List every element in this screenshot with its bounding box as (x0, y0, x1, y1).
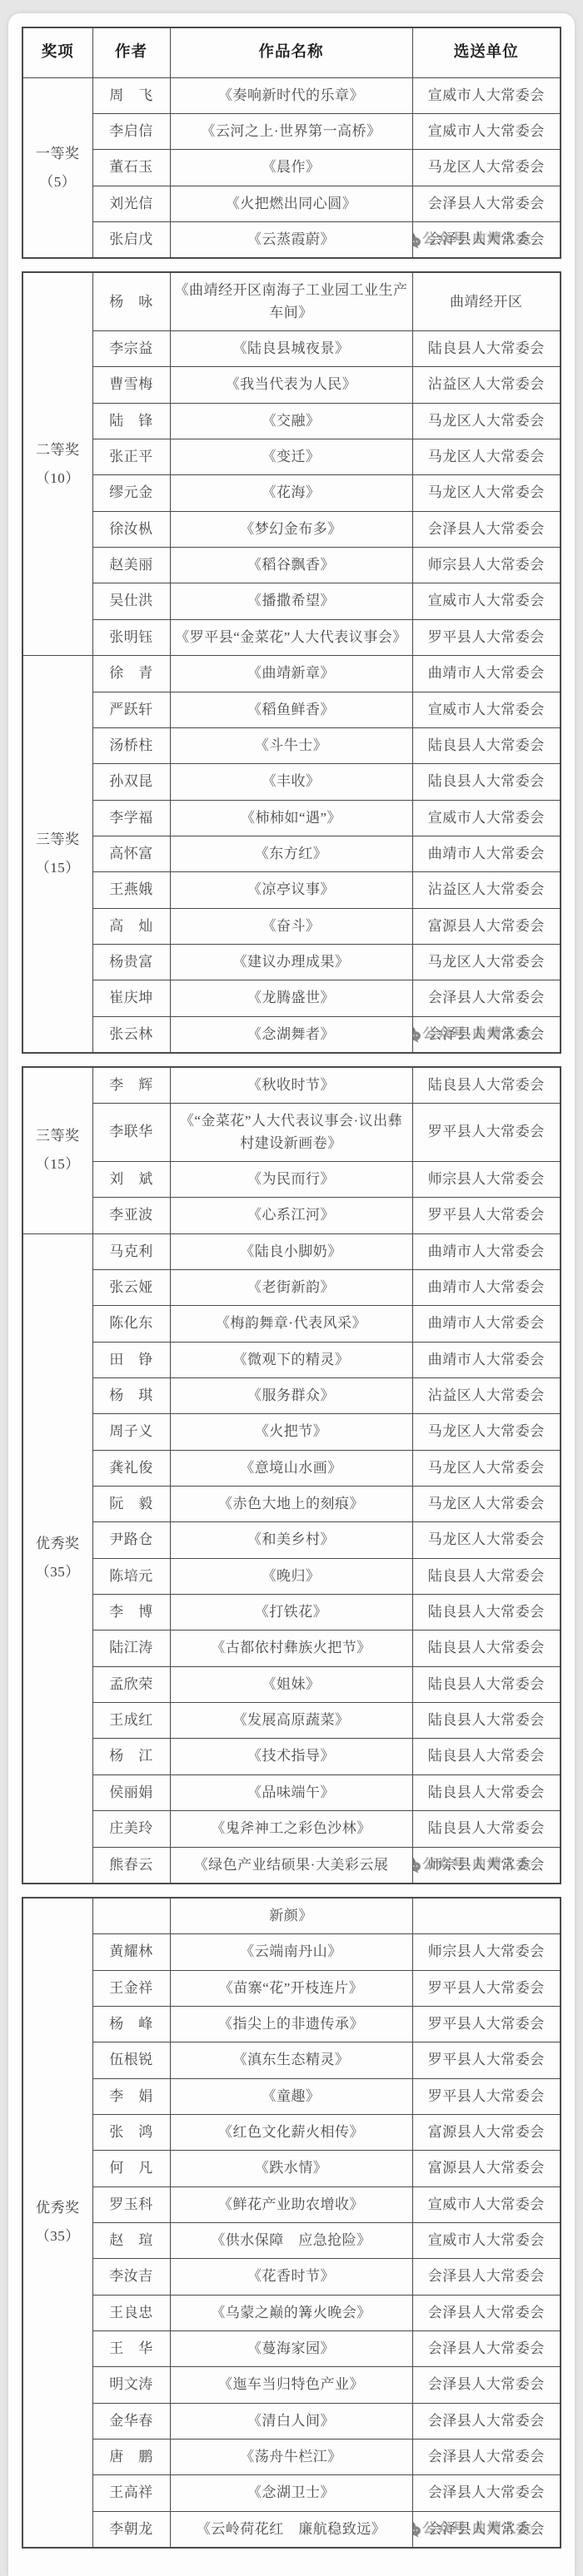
award-cell: 一等奖（5） (22, 77, 92, 258)
unit-cell: 宣威市人大常委会 (412, 77, 561, 113)
work-title-cell: 《花海》 (170, 475, 412, 511)
author-cell: 周子义 (92, 1414, 170, 1450)
wechat-icon (412, 1025, 421, 1045)
unit-cell: 马龙区人大常委会 (412, 475, 561, 511)
author-cell: 李 娟 (92, 2078, 170, 2114)
author-cell: 赵 瑄 (92, 2222, 170, 2258)
wechat-icon (412, 2519, 421, 2539)
author-cell: 陆江涛 (92, 1630, 170, 1666)
author-cell: 孙双昆 (92, 764, 170, 800)
unit-cell: 宣威市人大常委会 (412, 800, 561, 836)
unit-cell: 罗平县人大常委会 (412, 2042, 561, 2078)
work-title-cell: 《云岭荷花红 廉航稳致远》 (170, 2511, 412, 2548)
work-title-cell: 《东方红》 (170, 836, 412, 871)
work-title-cell: 《鲜花产业助农增收》 (170, 2186, 412, 2222)
table-row: 优秀奖（35）新颜》 (22, 1898, 561, 1934)
table-row: 陆 锋《交融》马龙区人大常委会 (22, 403, 561, 439)
table-row: 王高祥《念湖卫士》会泽县人大常委会 (22, 2475, 561, 2511)
table-row: 王金祥《苗寨“花”开枝连片》罗平县人大常委会 (22, 1970, 561, 2006)
table-row: 董石玉《晨作》马龙区人大常委会 (22, 150, 561, 186)
work-title-cell: 《指尖上的非遗传承》 (170, 2006, 412, 2042)
table-row: 三等奖（15）李 辉《秋收时节》陆良县人大常委会 (22, 1067, 561, 1104)
award-count: （10） (26, 464, 90, 493)
wechat-watermark: 公众号 曲靖人大 (412, 1854, 533, 1875)
unit-cell: 会泽县人大常委会 (412, 2259, 561, 2295)
work-title-cell: 《云蒸霞蔚》 (170, 222, 412, 259)
award-name: 三等奖 (26, 1122, 90, 1150)
work-title-cell: 《滇东生态精灵》 (170, 2042, 412, 2078)
wechat-watermark: 公众号 曲靖人大 (412, 230, 533, 251)
award-count: （5） (26, 168, 90, 196)
author-cell: 严跃轩 (92, 692, 170, 727)
work-title-cell: 《乌蒙之巅的篝火晚会》 (170, 2295, 412, 2330)
unit-cell: 富源县人大常委会 (412, 2114, 561, 2150)
work-title-cell: 《念湖卫士》 (170, 2475, 412, 2511)
table-row: 高怀富《东方红》曲靖市人大常委会 (22, 836, 561, 871)
table-row: 庄美玲《鬼斧神工之彩色沙林》陆良县人大常委会 (22, 1811, 561, 1847)
author-cell: 李 博 (92, 1595, 170, 1630)
work-title-cell: 《梅韵舞章·代表风采》 (170, 1306, 412, 1342)
unit-cell: 师宗县人大常委会 (412, 548, 561, 583)
work-title-cell: 《清白人间》 (170, 2403, 412, 2439)
unit-cell: 会泽县人大常委会 (412, 511, 561, 547)
work-title-cell: 《凉亭议事》 (170, 872, 412, 908)
author-cell: 徐汝枞 (92, 511, 170, 547)
author-cell: 明文涛 (92, 2367, 170, 2403)
unit-cell: 陆良县人大常委会 (412, 331, 561, 367)
work-title-cell: 《陆良小脚奶》 (170, 1233, 412, 1269)
author-cell: 李汝吉 (92, 2259, 170, 2295)
unit-cell: 陆良县人大常委会 (412, 1558, 561, 1594)
author-cell: 刘光信 (92, 186, 170, 221)
table-row: 二等奖（10）杨 咏《曲靖经开区南海子工业园工业生产车间》曲靖经开区 (22, 272, 561, 330)
watermark-text: 公众号 曲靖人大 (423, 2519, 533, 2539)
work-title-cell: 《丰收》 (170, 764, 412, 800)
author-cell: 李宗益 (92, 331, 170, 367)
table-row: 徐汝枞《梦幻金布多》会泽县人大常委会 (22, 511, 561, 547)
award-count: （15） (26, 854, 90, 882)
watermark-text: 公众号 曲靖人大 (423, 1024, 533, 1045)
unit-cell: 曲靖市人大常委会 (412, 1270, 561, 1306)
author-cell: 杨贵富 (92, 944, 170, 980)
table-row: 李朝龙《云岭荷花红 廉航稳致远》会泽县人大常委会公众号 曲靖人大 (22, 2511, 561, 2548)
table-row: 杨贵富《建议办理成果》马龙区人大常委会 (22, 944, 561, 980)
work-title-cell: 《苗寨“花”开枝连片》 (170, 1970, 412, 2006)
award-count: （35） (26, 1558, 90, 1586)
award-cell: 三等奖（15） (22, 1067, 92, 1233)
author-cell: 汤桥柱 (92, 727, 170, 763)
unit-cell: 师宗县人大常委会 (412, 1934, 561, 1970)
author-cell: 唐 鹏 (92, 2440, 170, 2475)
table-row: 李亚波《心系江河》罗平县人大常委会 (22, 1198, 561, 1233)
unit-cell: 马龙区人大常委会 (412, 1450, 561, 1486)
table-row: 崔庆坤《龙腾盛世》会泽县人大常委会 (22, 980, 561, 1016)
author-cell: 王燕娥 (92, 872, 170, 908)
work-title-cell: 《晚归》 (170, 1558, 412, 1594)
unit-cell: 师宗县人大常委会公众号 曲靖人大 (412, 1847, 561, 1884)
unit-cell: 富源县人大常委会 (412, 908, 561, 944)
work-title-cell: 《云端南丹山》 (170, 1934, 412, 1970)
author-cell: 杨 咏 (92, 272, 170, 330)
work-title-cell: 《心系江河》 (170, 1198, 412, 1233)
unit-cell: 罗平县人大常委会 (412, 1970, 561, 2006)
table-row: 赵美丽《稻谷飘香》师宗县人大常委会 (22, 548, 561, 583)
work-title-cell: 《稻谷飘香》 (170, 548, 412, 583)
table-row: 李启信《云河之上·世界第一高桥》宣威市人大常委会 (22, 114, 561, 150)
work-title-cell: 《意境山水画》 (170, 1450, 412, 1486)
author-cell: 缪元金 (92, 475, 170, 511)
table-row: 伍根锐《滇东生态精灵》罗平县人大常委会 (22, 2042, 561, 2078)
table-row: 金华春《清白人间》会泽县人大常委会 (22, 2403, 561, 2439)
awards-table-container: 奖项作者作品名称选送单位一等奖（5）周 飞《奏响新时代的乐章》宣威市人大常委会李… (17, 27, 566, 2549)
author-cell: 尹路仓 (92, 1522, 170, 1558)
author-cell: 张云林 (92, 1016, 170, 1053)
unit-cell: 罗平县人大常委会 (412, 2078, 561, 2114)
work-title-cell: 《微观下的精灵》 (170, 1342, 412, 1377)
author-cell: 孟欣荣 (92, 1666, 170, 1702)
work-title-cell: 《荡舟牛栏江》 (170, 2440, 412, 2475)
table-row: 罗玉科《鲜花产业助农增收》宣威市人大常委会 (22, 2186, 561, 2222)
work-title-cell: 《服务群众》 (170, 1378, 412, 1414)
award-name: 优秀奖 (26, 2194, 90, 2222)
table-row: 田 铮《微观下的精灵》曲靖市人大常委会 (22, 1342, 561, 1377)
unit-cell: 陆良县人大常委会 (412, 1630, 561, 1666)
author-cell: 金华春 (92, 2403, 170, 2439)
award-name: 三等奖 (26, 826, 90, 854)
author-cell: 杨 琪 (92, 1378, 170, 1414)
unit-cell: 陆良县人大常委会 (412, 1595, 561, 1630)
wechat-icon (412, 1855, 421, 1875)
author-cell: 王金祥 (92, 1970, 170, 2006)
table-row: 张启戊《云蒸霞蔚》会泽县人大常委会公众号 曲靖人大 (22, 222, 561, 259)
author-cell: 陈培元 (92, 1558, 170, 1594)
unit-cell: 曲靖市人大常委会 (412, 836, 561, 871)
table-row: 李 娟《童趣》罗平县人大常委会 (22, 2078, 561, 2114)
work-title-cell: 《奏响新时代的乐章》 (170, 77, 412, 113)
work-title-cell: 《播撒希望》 (170, 583, 412, 619)
author-cell: 黄耀林 (92, 1934, 170, 1970)
table-row: 杨 峰《指尖上的非遗传承》罗平县人大常委会 (22, 2006, 561, 2042)
article-card: 奖项作者作品名称选送单位一等奖（5）周 飞《奏响新时代的乐章》宣威市人大常委会李… (8, 13, 575, 2576)
table-row: 李联华《“金菜花”人大代表议事会·议出彝村建设新画卷》罗平县人大常委会 (22, 1104, 561, 1162)
table-row: 王 华《蔓海家园》会泽县人大常委会 (22, 2330, 561, 2366)
table-row: 明文涛《迤车当归特色产业》会泽县人大常委会 (22, 2367, 561, 2403)
work-title-cell: 《迤车当归特色产业》 (170, 2367, 412, 2403)
award-cell: 二等奖（10） (22, 272, 92, 655)
unit-cell: 马龙区人大常委会 (412, 944, 561, 980)
wechat-watermark: 公众号 曲靖人大 (412, 2519, 533, 2539)
work-title-cell: 《火把燃出同心圆》 (170, 186, 412, 221)
work-title-cell: 《花香时节》 (170, 2259, 412, 2295)
unit-cell: 会泽县人大常委会 (412, 186, 561, 221)
work-title-cell: 《念湖舞者》 (170, 1016, 412, 1053)
work-title-cell: 《秋收时节》 (170, 1067, 412, 1104)
work-title-cell: 《龙腾盛世》 (170, 980, 412, 1016)
table-row: 缪元金《花海》马龙区人大常委会 (22, 475, 561, 511)
unit-cell: 宣威市人大常委会 (412, 114, 561, 150)
author-cell: 吴仕洪 (92, 583, 170, 619)
work-title-cell: 《曲靖经开区南海子工业园工业生产车间》 (170, 272, 412, 330)
unit-cell: 宣威市人大常委会 (412, 692, 561, 727)
unit-cell: 沾益区人大常委会 (412, 872, 561, 908)
work-title-cell: 《蔓海家园》 (170, 2330, 412, 2366)
author-cell: 陆 锋 (92, 403, 170, 439)
award-name: 一等奖 (26, 140, 90, 168)
work-title-cell: 《和美乡村》 (170, 1522, 412, 1558)
table-row: 孟欣荣《姐妹》陆良县人大常委会 (22, 1666, 561, 1702)
awards-table-block-1: 奖项作者作品名称选送单位一等奖（5）周 飞《奏响新时代的乐章》宣威市人大常委会李… (22, 27, 561, 259)
work-title-cell: 《技术指导》 (170, 1739, 412, 1774)
author-cell: 张启戊 (92, 222, 170, 259)
unit-cell: 会泽县人大常委会 (412, 980, 561, 1016)
work-title-cell: 《柿柿如“遇”》 (170, 800, 412, 836)
table-row: 李宗益《陆良县城夜景》陆良县人大常委会 (22, 331, 561, 367)
author-cell: 刘 斌 (92, 1161, 170, 1197)
work-title-cell: 《奋斗》 (170, 908, 412, 944)
author-cell: 周 飞 (92, 77, 170, 113)
unit-cell: 会泽县人大常委会 (412, 2367, 561, 2403)
author-cell: 张正平 (92, 439, 170, 475)
award-count: （15） (26, 1150, 90, 1179)
table-row: 李 博《打铁花》陆良县人大常委会 (22, 1595, 561, 1630)
work-title-cell: 新颜》 (170, 1898, 412, 1934)
unit-cell: 马龙区人大常委会 (412, 150, 561, 186)
work-title-cell: 《绿色产业结硕果·大美彩云展 (170, 1847, 412, 1884)
unit-cell: 马龙区人大常委会 (412, 439, 561, 475)
table-row: 杨 琪《服务群众》沾益区人大常委会 (22, 1378, 561, 1414)
table-row: 赵 瑄《供水保障 应急抢险》宣威市人大常委会 (22, 2222, 561, 2258)
author-cell: 高 灿 (92, 908, 170, 944)
table-row: 唐 鹏《荡舟牛栏江》会泽县人大常委会 (22, 2440, 561, 2475)
author-cell (92, 1898, 170, 1934)
author-cell: 侯丽娟 (92, 1774, 170, 1810)
table-row: 何 凡《跌水情》富源县人大常委会 (22, 2151, 561, 2186)
unit-cell: 罗平县人大常委会 (412, 619, 561, 655)
author-cell: 杨 峰 (92, 2006, 170, 2042)
unit-cell: 会泽县人大常委会 (412, 2475, 561, 2511)
author-cell: 张云娅 (92, 1270, 170, 1306)
unit-cell: 曲靖市人大常委会 (412, 656, 561, 692)
work-title-cell: 《为民而行》 (170, 1161, 412, 1197)
author-cell: 王成红 (92, 1703, 170, 1739)
unit-cell: 会泽县人大常委会 (412, 2440, 561, 2475)
unit-cell: 陆良县人大常委会 (412, 1811, 561, 1847)
table-row: 王成红《发展高原蔬菜》陆良县人大常委会 (22, 1703, 561, 1739)
unit-cell: 陆良县人大常委会 (412, 1774, 561, 1810)
award-count: （35） (26, 2222, 90, 2251)
work-title-cell: 《罗平县“金菜花”人大代表议事会》 (170, 619, 412, 655)
author-cell: 徐 青 (92, 656, 170, 692)
wechat-watermark: 公众号 曲靖人大 (412, 1024, 533, 1045)
unit-cell: 罗平县人大常委会 (412, 1104, 561, 1162)
watermark-text: 公众号 曲靖人大 (423, 1854, 533, 1875)
work-title-cell: 《晨作》 (170, 150, 412, 186)
unit-cell: 沾益区人大常委会 (412, 367, 561, 403)
table-row: 杨 江《技术指导》陆良县人大常委会 (22, 1739, 561, 1774)
author-cell: 李亚波 (92, 1198, 170, 1233)
header-cell-3: 选送单位 (412, 27, 561, 77)
work-title-cell: 《云河之上·世界第一高桥》 (170, 114, 412, 150)
author-cell: 赵美丽 (92, 548, 170, 583)
author-cell: 王良忠 (92, 2295, 170, 2330)
author-cell: 张明钰 (92, 619, 170, 655)
table-row: 尹路仓《和美乡村》马龙区人大常委会 (22, 1522, 561, 1558)
awards-table-block-2: 二等奖（10）杨 咏《曲靖经开区南海子工业园工业生产车间》曲靖经开区李宗益《陆良… (22, 271, 561, 1054)
table-row: 周子义《火把节》马龙区人大常委会 (22, 1414, 561, 1450)
unit-cell: 会泽县人大常委会公众号 曲靖人大 (412, 2511, 561, 2548)
author-cell: 杨 江 (92, 1739, 170, 1774)
table-row: 陈化东《梅韵舞章·代表风采》曲靖市人大常委会 (22, 1306, 561, 1342)
work-title-cell: 《赤色大地上的刻痕》 (170, 1487, 412, 1522)
unit-cell: 陆良县人大常委会 (412, 1067, 561, 1104)
unit-cell: 会泽县人大常委会 (412, 2295, 561, 2330)
unit-cell: 陆良县人大常委会 (412, 727, 561, 763)
table-row: 黄耀林《云端南丹山》师宗县人大常委会 (22, 1934, 561, 1970)
unit-cell: 马龙区人大常委会 (412, 1414, 561, 1450)
work-title-cell: 《老街新韵》 (170, 1270, 412, 1306)
work-title-cell: 《交融》 (170, 403, 412, 439)
unit-cell: 宣威市人大常委会 (412, 2186, 561, 2222)
header-cell-1: 作者 (92, 27, 170, 77)
unit-cell: 曲靖市人大常委会 (412, 1342, 561, 1377)
work-title-cell: 《跌水情》 (170, 2151, 412, 2186)
unit-cell: 曲靖市人大常委会 (412, 1306, 561, 1342)
unit-cell: 马龙区人大常委会 (412, 1487, 561, 1522)
table-row: 孙双昆《丰收》陆良县人大常委会 (22, 764, 561, 800)
table-row: 高 灿《奋斗》富源县人大常委会 (22, 908, 561, 944)
header-cell-0: 奖项 (22, 27, 92, 77)
author-cell: 李启信 (92, 114, 170, 150)
author-cell: 田 铮 (92, 1342, 170, 1377)
table-row: 侯丽娟《品味端午》陆良县人大常委会 (22, 1774, 561, 1810)
unit-cell: 会泽县人大常委会公众号 曲靖人大 (412, 1016, 561, 1053)
work-title-cell: 《童趣》 (170, 2078, 412, 2114)
author-cell: 熊春云 (92, 1847, 170, 1884)
unit-cell: 陆良县人大常委会 (412, 764, 561, 800)
table-row: 陆江涛《古都依村彝族火把节》陆良县人大常委会 (22, 1630, 561, 1666)
unit-cell: 曲靖经开区 (412, 272, 561, 330)
table-row: 三等奖（15）徐 青《曲靖新章》曲靖市人大常委会 (22, 656, 561, 692)
work-title-cell: 《变迁》 (170, 439, 412, 475)
work-title-cell: 《红色文化薪火相传》 (170, 2114, 412, 2150)
unit-cell: 罗平县人大常委会 (412, 1198, 561, 1233)
work-title-cell: 《供水保障 应急抢险》 (170, 2222, 412, 2258)
table-row: 一等奖（5）周 飞《奏响新时代的乐章》宣威市人大常委会 (22, 77, 561, 113)
unit-cell: 会泽县人大常委会公众号 曲靖人大 (412, 222, 561, 259)
work-title-cell: 《我当代表为人民》 (170, 367, 412, 403)
table-row: 张云娅《老街新韵》曲靖市人大常委会 (22, 1270, 561, 1306)
unit-cell: 曲靖市人大常委会 (412, 1233, 561, 1269)
table-row: 龚礼俊《意境山水画》马龙区人大常委会 (22, 1450, 561, 1486)
award-name: 优秀奖 (26, 1530, 90, 1558)
unit-cell: 富源县人大常委会 (412, 2151, 561, 2186)
table-row: 优秀奖（35）马克利《陆良小脚奶》曲靖市人大常委会 (22, 1233, 561, 1269)
work-title-cell: 《曲靖新章》 (170, 656, 412, 692)
work-title-cell: 《斗牛士》 (170, 727, 412, 763)
unit-cell: 会泽县人大常委会 (412, 2403, 561, 2439)
unit-cell: 宣威市人大常委会 (412, 583, 561, 619)
unit-cell: 会泽县人大常委会 (412, 2330, 561, 2366)
table-row: 吴仕洪《播撒希望》宣威市人大常委会 (22, 583, 561, 619)
work-title-cell: 《发展高原蔬菜》 (170, 1703, 412, 1739)
author-cell: 李 辉 (92, 1067, 170, 1104)
table-row: 陈培元《晚归》陆良县人大常委会 (22, 1558, 561, 1594)
table-row: 张明钰《罗平县“金菜花”人大代表议事会》罗平县人大常委会 (22, 619, 561, 655)
author-cell: 何 凡 (92, 2151, 170, 2186)
author-cell: 阮 毅 (92, 1487, 170, 1522)
table-row: 曹雪梅《我当代表为人民》沾益区人大常委会 (22, 367, 561, 403)
table-row: 王良忠《乌蒙之巅的篝火晚会》会泽县人大常委会 (22, 2295, 561, 2330)
unit-cell: 罗平县人大常委会 (412, 2006, 561, 2042)
work-title-cell: 《梦幻金布多》 (170, 511, 412, 547)
unit-cell: 陆良县人大常委会 (412, 1739, 561, 1774)
author-cell: 高怀富 (92, 836, 170, 871)
author-cell: 张 鸿 (92, 2114, 170, 2150)
table-row: 王燕娥《凉亭议事》沾益区人大常委会 (22, 872, 561, 908)
table-row: 张正平《变迁》马龙区人大常委会 (22, 439, 561, 475)
work-title-cell: 《“金菜花”人大代表议事会·议出彝村建设新画卷》 (170, 1104, 412, 1162)
table-header-row: 奖项作者作品名称选送单位 (22, 27, 561, 77)
author-cell: 李学福 (92, 800, 170, 836)
table-row: 刘光信《火把燃出同心圆》会泽县人大常委会 (22, 186, 561, 221)
work-title-cell: 《姐妹》 (170, 1666, 412, 1702)
work-title-cell: 《建议办理成果》 (170, 944, 412, 980)
table-row: 严跃轩《稻鱼鲜香》宣威市人大常委会 (22, 692, 561, 727)
table-row: 李汝吉《花香时节》会泽县人大常委会 (22, 2259, 561, 2295)
work-title-cell: 《品味端午》 (170, 1774, 412, 1810)
award-name: 二等奖 (26, 436, 90, 464)
author-cell: 董石玉 (92, 150, 170, 186)
work-title-cell: 《打铁花》 (170, 1595, 412, 1630)
award-cell: 三等奖（15） (22, 656, 92, 1053)
award-cell: 优秀奖（35） (22, 1233, 92, 1884)
unit-cell: 宣威市人大常委会 (412, 2222, 561, 2258)
author-cell: 李朝龙 (92, 2511, 170, 2548)
unit-cell: 师宗县人大常委会 (412, 1161, 561, 1197)
unit-cell: 马龙区人大常委会 (412, 403, 561, 439)
author-cell: 马克利 (92, 1233, 170, 1269)
awards-table-block-4: 优秀奖（35）新颜》黄耀林《云端南丹山》师宗县人大常委会王金祥《苗寨“花”开枝连… (22, 1897, 561, 2549)
table-row: 李学福《柿柿如“遇”》宣威市人大常委会 (22, 800, 561, 836)
watermark-text: 公众号 曲靖人大 (423, 230, 533, 251)
unit-cell: 马龙区人大常委会 (412, 1522, 561, 1558)
work-title-cell: 《稻鱼鲜香》 (170, 692, 412, 727)
author-cell: 伍根锐 (92, 2042, 170, 2078)
table-row: 阮 毅《赤色大地上的刻痕》马龙区人大常委会 (22, 1487, 561, 1522)
table-row: 汤桥柱《斗牛士》陆良县人大常委会 (22, 727, 561, 763)
unit-cell: 陆良县人大常委会 (412, 1666, 561, 1702)
author-cell: 王高祥 (92, 2475, 170, 2511)
author-cell: 龚礼俊 (92, 1450, 170, 1486)
author-cell: 罗玉科 (92, 2186, 170, 2222)
author-cell: 庄美玲 (92, 1811, 170, 1847)
award-cell: 优秀奖（35） (22, 1898, 92, 2548)
table-row: 张云林《念湖舞者》会泽县人大常委会公众号 曲靖人大 (22, 1016, 561, 1053)
table-row: 熊春云《绿色产业结硕果·大美彩云展师宗县人大常委会公众号 曲靖人大 (22, 1847, 561, 1884)
work-title-cell: 《鬼斧神工之彩色沙林》 (170, 1811, 412, 1847)
work-title-cell: 《古都依村彝族火把节》 (170, 1630, 412, 1666)
author-cell: 王 华 (92, 2330, 170, 2366)
work-title-cell: 《陆良县城夜景》 (170, 331, 412, 367)
awards-table-block-3: 三等奖（15）李 辉《秋收时节》陆良县人大常委会李联华《“金菜花”人大代表议事会… (22, 1066, 561, 1884)
author-cell: 曹雪梅 (92, 367, 170, 403)
author-cell: 崔庆坤 (92, 980, 170, 1016)
header-cell-2: 作品名称 (170, 27, 412, 77)
unit-cell: 沾益区人大常委会 (412, 1378, 561, 1414)
table-row: 刘 斌《为民而行》师宗县人大常委会 (22, 1161, 561, 1197)
author-cell: 李联华 (92, 1104, 170, 1162)
work-title-cell: 《火把节》 (170, 1414, 412, 1450)
